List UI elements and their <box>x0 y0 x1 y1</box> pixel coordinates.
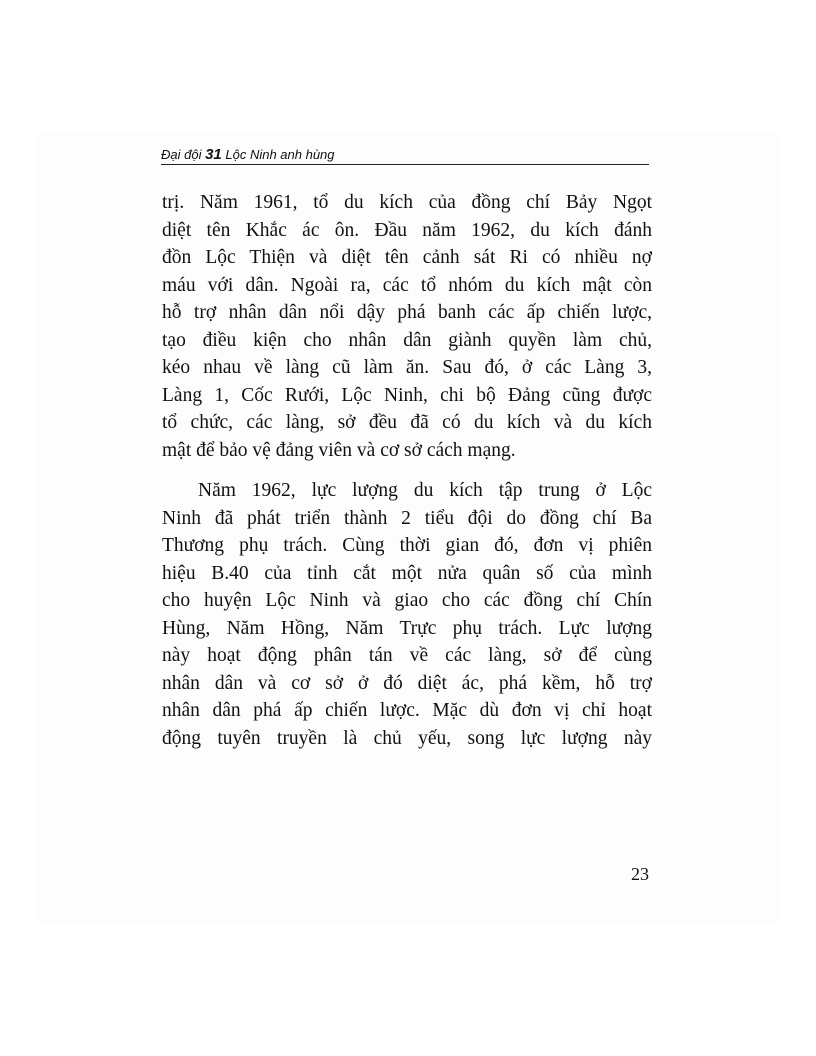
text-line: diệt tên Khắc ác ôn. Đầu năm 1962, du kí… <box>162 217 652 245</box>
text-line: tạo điều kiện cho nhân dân giành quyền l… <box>162 327 652 355</box>
text-line: cho huyện Lộc Ninh và giao cho các đồng … <box>162 587 652 615</box>
text-line: trị. Năm 1961, tổ du kích của đồng chí B… <box>162 189 652 217</box>
text-line: Làng 1, Cốc Rưới, Lộc Ninh, chi bộ Đảng … <box>162 382 652 410</box>
text-line: này hoạt động phân tán về các làng, sở đ… <box>162 642 652 670</box>
text-line: đồn Lộc Thiện và diệt tên cảnh sát Ri có… <box>162 244 652 272</box>
text-line: mật để bảo vệ đảng viên và cơ sở cách mạ… <box>162 437 652 465</box>
text-line: Hùng, Năm Hồng, Năm Trực phụ trách. Lực … <box>162 615 652 643</box>
text-line: Thương phụ trách. Cùng thời gian đó, đơn… <box>162 532 652 560</box>
text-line: hiệu B.40 của tỉnh cắt một nửa quân số c… <box>162 560 652 588</box>
text-line: nhân dân và cơ sở ở đó diệt ác, phá kềm,… <box>162 670 652 698</box>
page-number: 23 <box>631 864 649 885</box>
text-line: động tuyên truyền là chủ yếu, song lực l… <box>162 725 652 753</box>
running-header: Đại đội 31 Lộc Ninh anh hùng <box>161 146 649 165</box>
text-line: tổ chức, các làng, sở đều đã có du kích … <box>162 409 652 437</box>
text-line: máu với dân. Ngoài ra, các tổ nhóm du kí… <box>162 272 652 300</box>
text-line: Năm 1962, lực lượng du kích tập trung ở … <box>162 477 652 505</box>
header-suffix: Lộc Ninh anh hùng <box>222 147 335 162</box>
paragraph-1: trị. Năm 1961, tổ du kích của đồng chí B… <box>162 189 652 464</box>
paragraph-2: Năm 1962, lực lượng du kích tập trung ở … <box>162 477 652 752</box>
text-line: nhân dân phá ấp chiến lược. Mặc dù đơn v… <box>162 697 652 725</box>
text-line: kéo nhau về làng cũ làm ăn. Sau đó, ở cá… <box>162 354 652 382</box>
text-line: hỗ trợ nhân dân nổi dậy phá banh các ấp … <box>162 299 652 327</box>
body-text: trị. Năm 1961, tổ du kích của đồng chí B… <box>162 189 652 752</box>
header-number: 31 <box>205 146 222 163</box>
header-prefix: Đại đội <box>161 147 205 162</box>
text-line: Ninh đã phát triển thành 2 tiểu đội do đ… <box>162 505 652 533</box>
